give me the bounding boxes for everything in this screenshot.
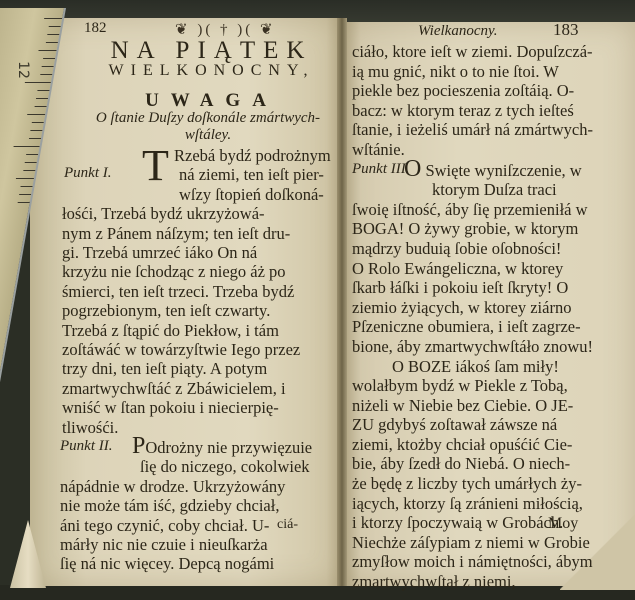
left-page-number: 182 [84, 20, 107, 37]
ruler-label: 12 [15, 61, 31, 79]
punkt-3-label: Punkt III. [352, 160, 409, 180]
section-heading: UWAGA [84, 90, 339, 112]
section-subtitle: O ſtanie Duſzy doſkonále zmártwych- wſtá… [74, 110, 342, 144]
punkt-1-paragraph: Punkt I. T Rzebá bydź podrożnym ná ziemi… [62, 146, 337, 437]
book-gutter [337, 18, 347, 586]
drop-cap: T [142, 146, 169, 186]
punkt-2-label: Punkt II. [60, 437, 112, 456]
running-head: Wielkanocny. [418, 23, 498, 40]
chapter-title: NA PIĄTEK [84, 37, 339, 65]
right-page-number: 183 [553, 20, 579, 40]
punkt-1-label: Punkt I. [64, 164, 111, 183]
drop-cap: P [132, 433, 145, 459]
chapter-subtitle: WIELKONOCNY, [84, 62, 339, 80]
catchword: ciá- [277, 517, 298, 533]
punkt-2-paragraph: Punkt II. POdrożny nie przywięzuie ſię d… [60, 437, 335, 574]
right-page-body: ciáło, ktore ieſt w ziemi. Dopuſzczá- ią… [352, 42, 630, 592]
catchword: Moy [548, 515, 578, 533]
